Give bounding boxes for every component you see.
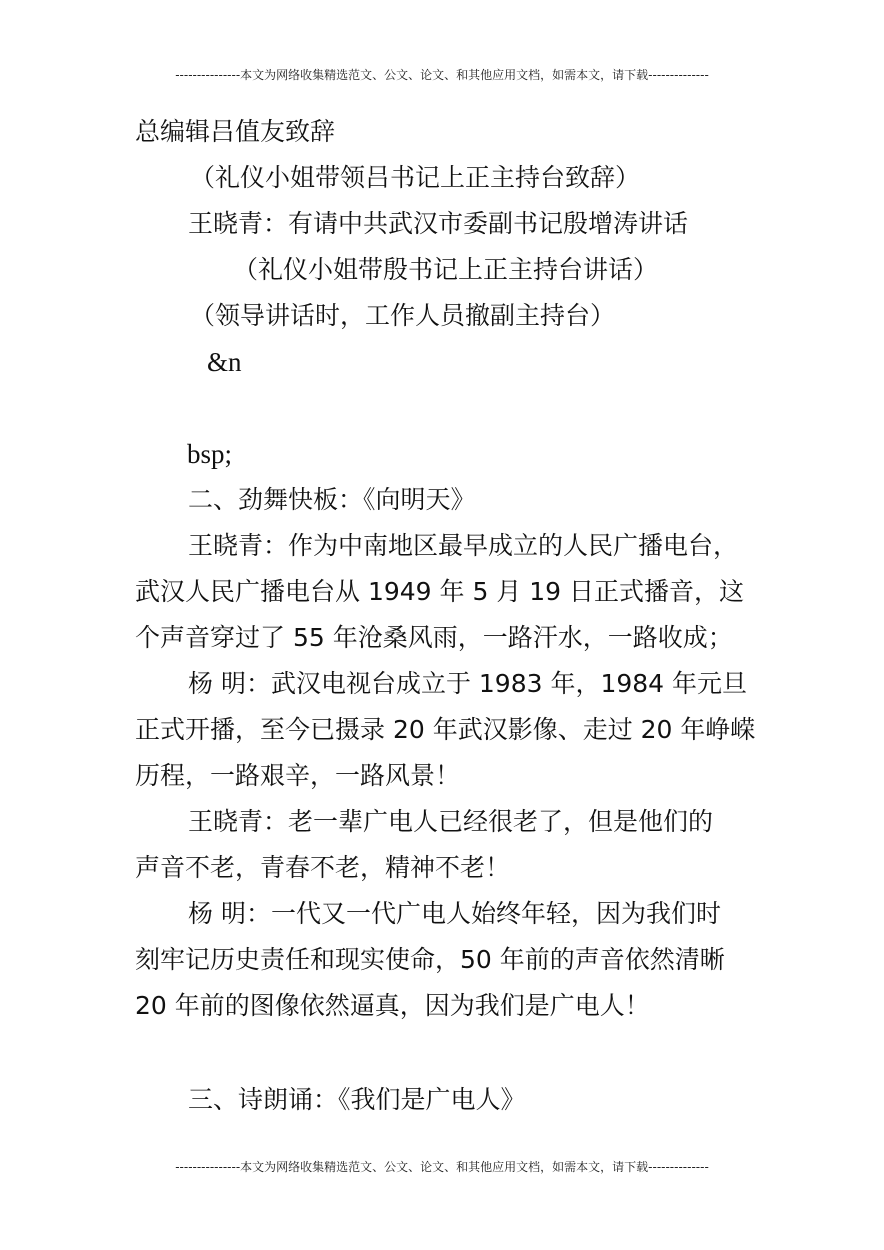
dialogue-line: 刻牢记历史责任和现实使命，50 年前的声音依然清晰 [135, 945, 725, 975]
header-banner: ---------------本文为网络收集精选范文、公文、论文、和其他应用文档… [0, 66, 884, 83]
section-heading: 三、诗朗诵：《我们是广电人》 [188, 1085, 526, 1115]
text-line: 总编辑吕值友致辞 [135, 117, 335, 147]
dialogue-line: 正式开播，至今已摄录 20 年武汉影像、走过 20 年峥嵘 [135, 715, 755, 745]
stage-direction: （礼仪小姐带领吕书记上正主持台致辞） [190, 163, 640, 193]
dialogue-line: 王晓青：有请中共武汉市委副书记殷增涛讲话 [188, 209, 688, 239]
footer-banner: ---------------本文为网络收集精选范文、公文、论文、和其他应用文档… [0, 1158, 884, 1175]
text-line: bsp; [187, 439, 232, 469]
dialogue-line: 声音不老，青春不老，精神不老！ [135, 853, 510, 883]
section-heading: 二、劲舞快板：《向明天》 [188, 485, 476, 515]
dialogue-line: 杨 明：一代又一代广电人始终年轻，因为我们时 [188, 899, 721, 929]
dialogue-line: 个声音穿过了 55 年沧桑风雨，一路汗水，一路收成； [135, 623, 733, 653]
stage-direction: （领导讲话时，工作人员撤副主持台） [190, 301, 615, 331]
dialogue-line: 杨 明：武汉电视台成立于 1983 年，1984 年元旦 [188, 669, 747, 699]
text-line: &n [207, 347, 242, 377]
dialogue-line: 20 年前的图像依然逼真，因为我们是广电人！ [135, 991, 650, 1021]
dialogue-line: 王晓青：老一辈广电人已经很老了，但是他们的 [188, 807, 713, 837]
dialogue-line: 王晓青：作为中南地区最早成立的人民广播电台， [188, 531, 738, 561]
dialogue-line: 武汉人民广播电台从 1949 年 5 月 19 日正式播音，这 [135, 577, 744, 607]
dialogue-line: 历程，一路艰辛，一路风景！ [135, 761, 460, 791]
stage-direction: （礼仪小姐带殷书记上正主持台讲话） [233, 255, 658, 285]
